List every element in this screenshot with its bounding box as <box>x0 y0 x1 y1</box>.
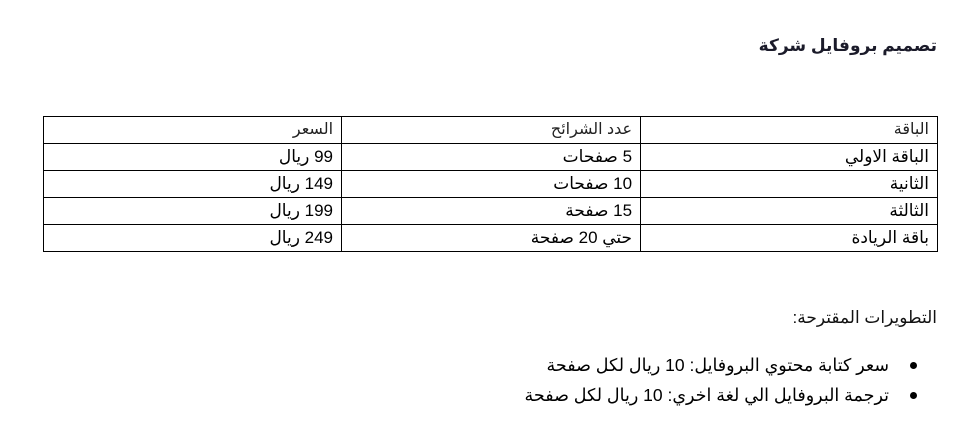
table-header-row: الباقة عدد الشرائح السعر <box>44 117 938 144</box>
bullet-icon <box>910 392 917 399</box>
bullet-icon <box>910 362 917 369</box>
cell-price: 149 ريال <box>44 171 342 198</box>
header-package: الباقة <box>641 117 938 144</box>
list-item-text: سعر كتابة محتوي البروفايل: 10 ريال لكل ص… <box>547 355 889 375</box>
cell-pages: حتي 20 صفحة <box>342 225 641 252</box>
header-price: السعر <box>44 117 342 144</box>
cell-package: الثانية <box>641 171 938 198</box>
cell-price: 249 ريال <box>44 225 342 252</box>
document-title: تصميم بروفايل شركة <box>759 36 937 56</box>
header-pages: عدد الشرائح <box>342 117 641 144</box>
enhancements-heading: التطويرات المقترحة: <box>792 308 937 328</box>
cell-package: الثالثة <box>641 198 938 225</box>
list-item: ترجمة البروفايل الي لغة اخري: 10 ريال لك… <box>525 380 917 410</box>
cell-package: الباقة الاولي <box>641 144 938 171</box>
enhancements-list: سعر كتابة محتوي البروفايل: 10 ريال لكل ص… <box>525 350 917 410</box>
cell-price: 199 ريال <box>44 198 342 225</box>
cell-package: باقة الريادة <box>641 225 938 252</box>
list-item-text: ترجمة البروفايل الي لغة اخري: 10 ريال لك… <box>525 385 889 405</box>
table-row: الباقة الاولي 5 صفحات 99 ريال <box>44 144 938 171</box>
cell-pages: 10 صفحات <box>342 171 641 198</box>
table-row: باقة الريادة حتي 20 صفحة 249 ريال <box>44 225 938 252</box>
list-item: سعر كتابة محتوي البروفايل: 10 ريال لكل ص… <box>525 350 917 380</box>
table-row: الثالثة 15 صفحة 199 ريال <box>44 198 938 225</box>
cell-pages: 5 صفحات <box>342 144 641 171</box>
table-row: الثانية 10 صفحات 149 ريال <box>44 171 938 198</box>
cell-price: 99 ريال <box>44 144 342 171</box>
pricing-table: الباقة عدد الشرائح السعر الباقة الاولي 5… <box>43 116 938 252</box>
cell-pages: 15 صفحة <box>342 198 641 225</box>
